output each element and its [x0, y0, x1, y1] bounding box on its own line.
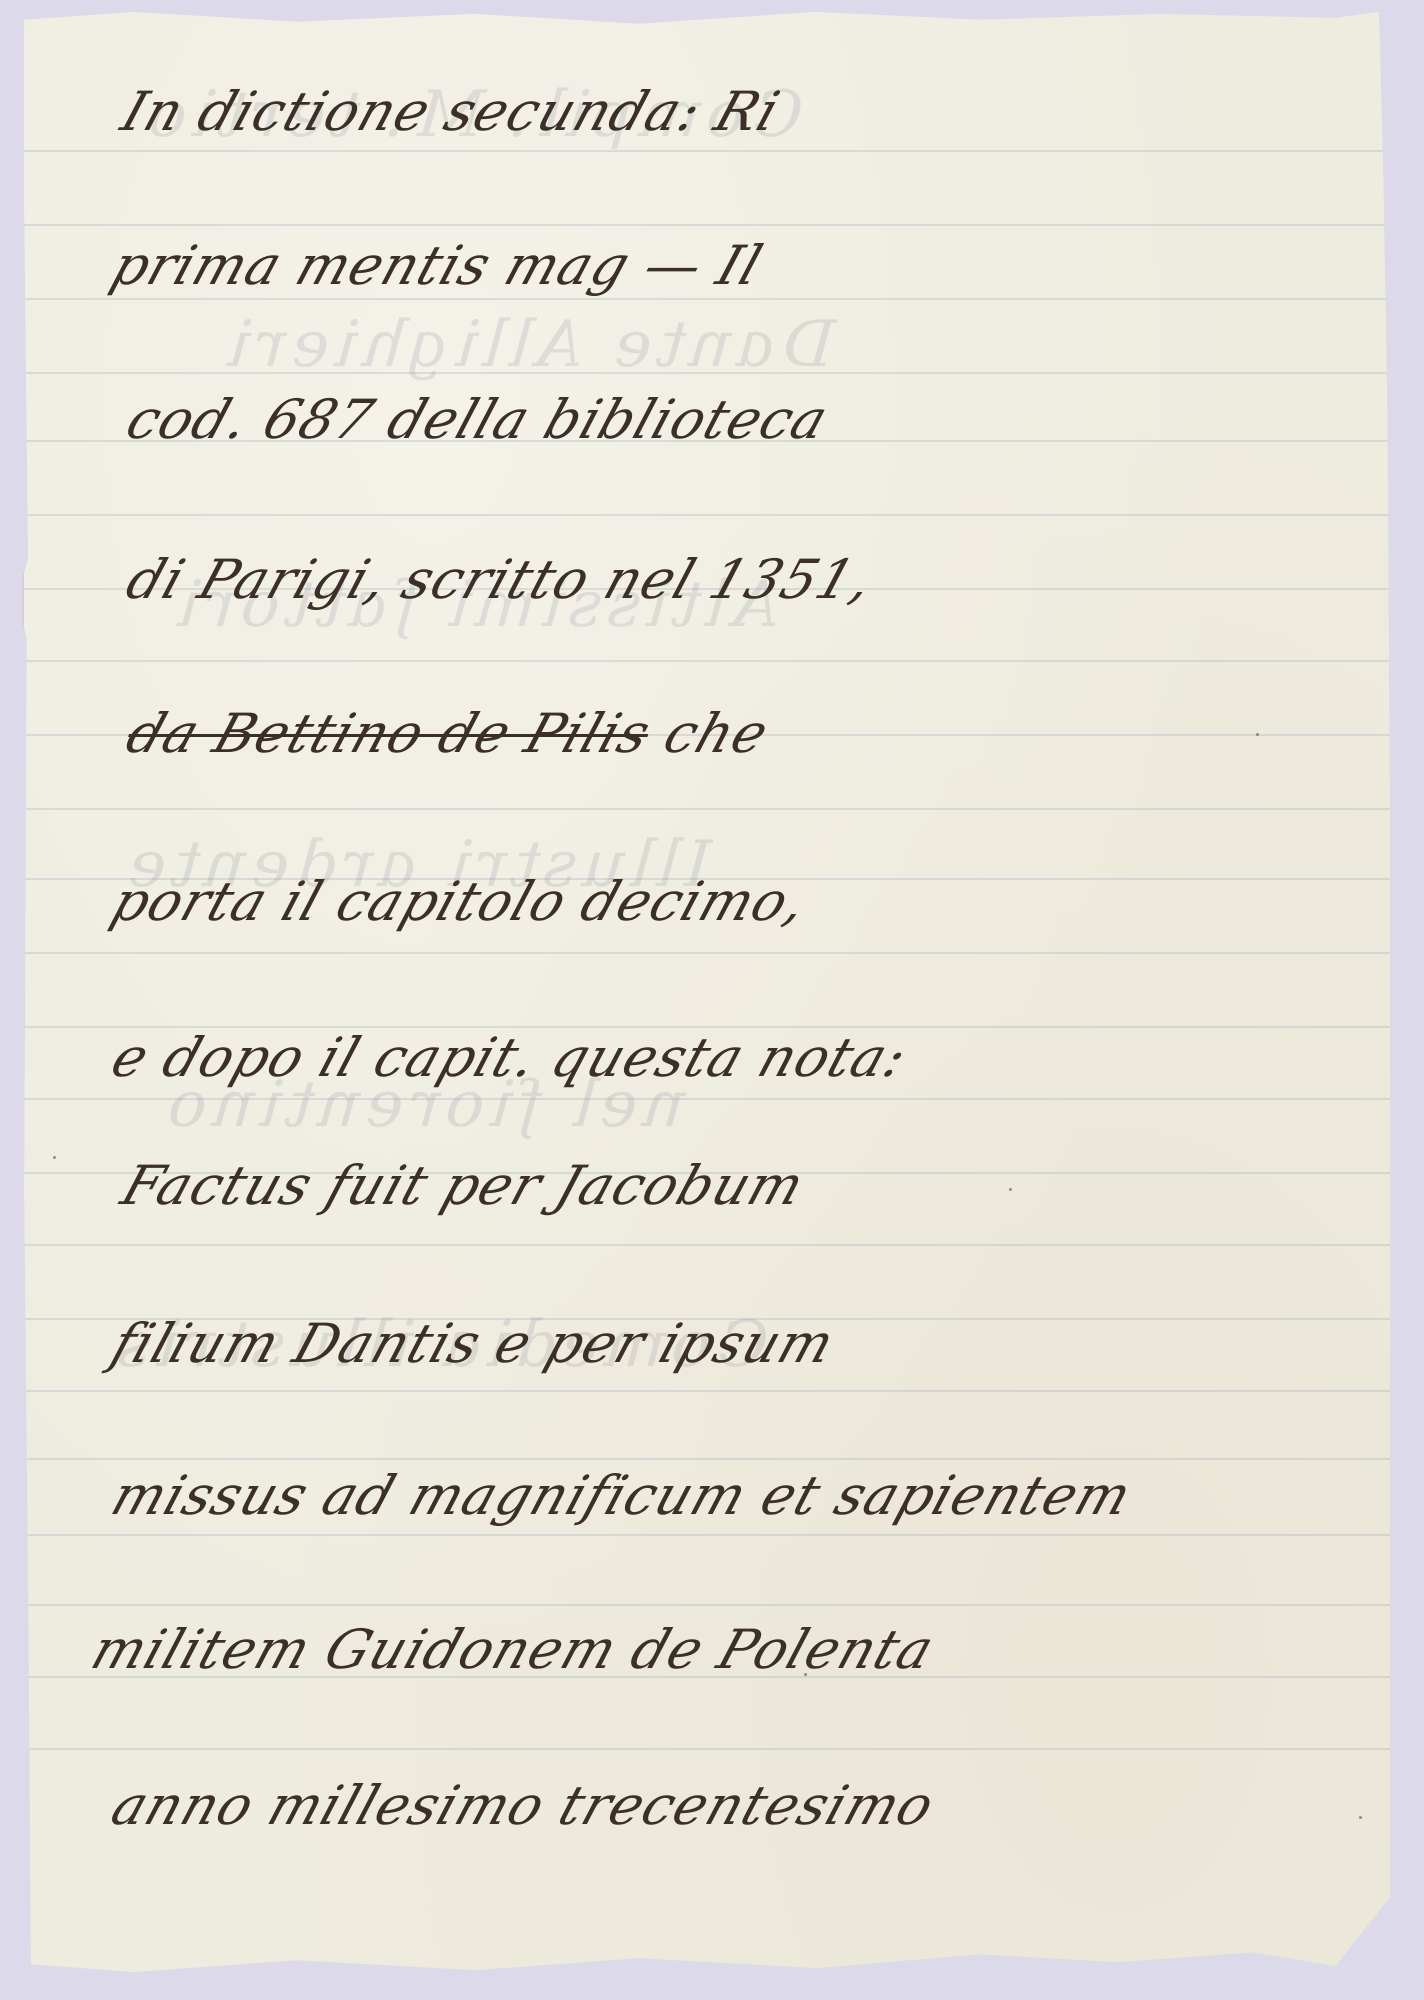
ruled-line	[24, 1748, 1390, 1750]
manuscript-line-12: anno millesimo trecentesimo	[104, 1774, 943, 1837]
manuscript-line-6: porta il capitolo decimo,	[104, 870, 815, 933]
ruled-line	[24, 1534, 1390, 1536]
ink-speck	[1009, 1188, 1012, 1191]
ruled-line	[24, 1458, 1390, 1460]
ruled-line	[24, 372, 1390, 374]
ink-speck	[1256, 733, 1259, 736]
ruled-line	[24, 952, 1390, 954]
ink-speck	[1359, 1816, 1362, 1819]
show-through-text: Dante Allighieri	[207, 308, 851, 382]
manuscript-line-10: missus ad magnificum et sapientem	[104, 1464, 1140, 1527]
struck-text: da Bettino de Pilis	[119, 702, 659, 765]
manuscript-line-1: In dictione secunda: Ri	[114, 80, 788, 143]
manuscript-page: Compil. M. tertio Dante Allighieri Altis…	[24, 8, 1390, 1976]
manuscript-line-9: filium Dantis e per ipsum	[104, 1312, 843, 1375]
ruled-line	[24, 298, 1390, 300]
manuscript-line-11: militem Guidonem de Polenta	[84, 1618, 942, 1681]
ink-speck	[1034, 12, 1037, 15]
ruled-line	[24, 1244, 1390, 1246]
manuscript-line-5: da Bettino de Pilis che	[119, 702, 777, 765]
ink-speck	[53, 1156, 56, 1159]
ruled-line	[24, 514, 1390, 516]
ruled-line	[24, 808, 1390, 810]
line-continuation: che	[638, 702, 777, 765]
ruled-line	[24, 1604, 1390, 1606]
manuscript-line-4: di Parigi, scritto nel 1351,	[119, 548, 882, 611]
manuscript-line-8: Factus fuit per Jacobum	[114, 1154, 813, 1217]
ink-speck	[804, 1673, 807, 1676]
ruled-line	[24, 660, 1390, 662]
manuscript-line-2: prima mentis mag — Il	[104, 234, 770, 297]
manuscript-line-7: e dopo il capit. questa nota:	[104, 1026, 915, 1089]
ruled-line	[24, 150, 1390, 152]
manuscript-line-3: cod. 687 della biblioteca	[119, 388, 836, 451]
ruled-line	[24, 1390, 1390, 1392]
ruled-line	[24, 1098, 1390, 1100]
ruled-line	[24, 224, 1390, 226]
